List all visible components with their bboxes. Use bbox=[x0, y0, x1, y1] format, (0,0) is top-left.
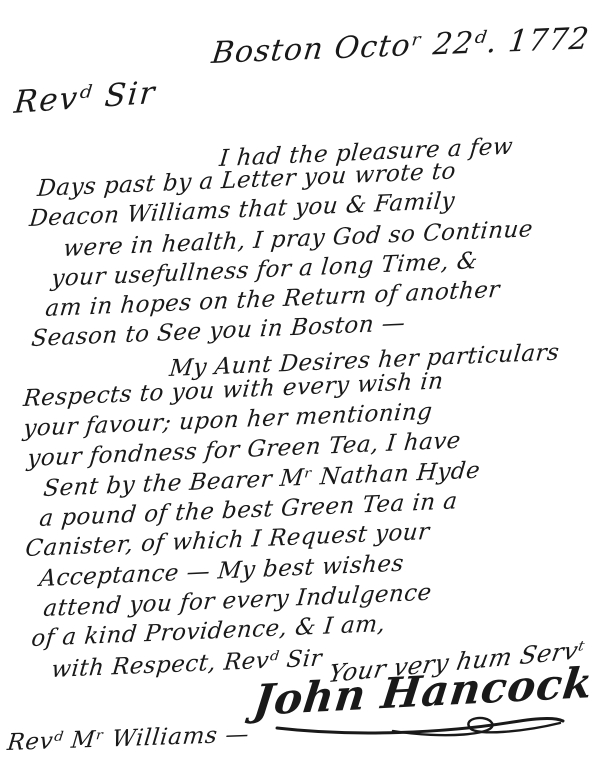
letter-page: Boston Octoʳ 22ᵈ. 1772 Revᵈ Sir I had th… bbox=[0, 0, 600, 780]
signature-block: John Hancock bbox=[251, 678, 590, 738]
letter-footer: Revᵈ Mʳ Williams — John Hancock bbox=[0, 684, 600, 776]
letter-body: I had the pleasure a few Days past by a … bbox=[0, 144, 600, 684]
addressee: Revᵈ Mʳ Williams — bbox=[6, 721, 251, 756]
